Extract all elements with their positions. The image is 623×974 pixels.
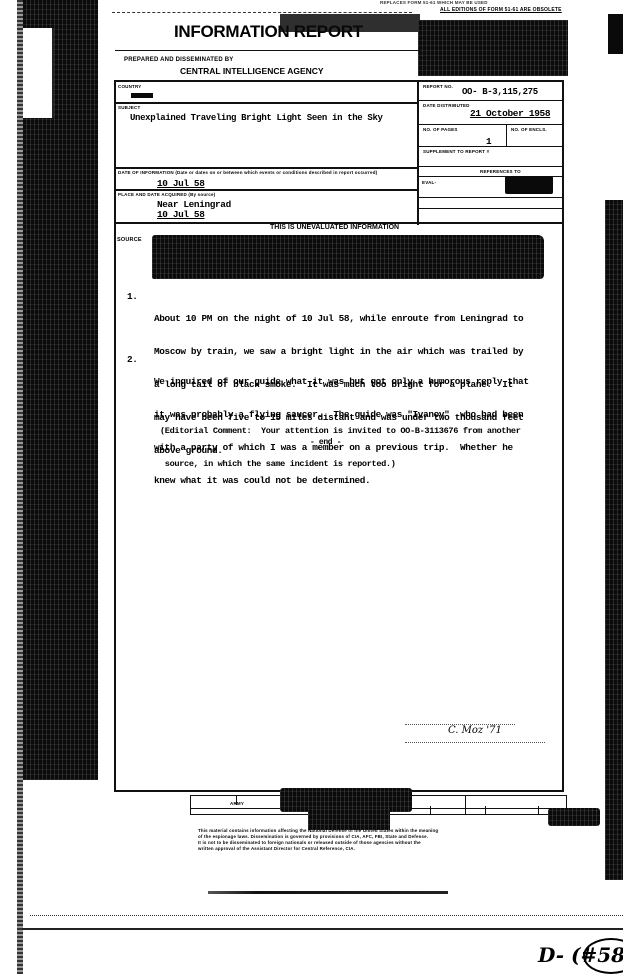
- date-distributed-label: DATE DISTRIBUTED: [423, 103, 470, 108]
- redaction-header-1: [280, 14, 420, 32]
- rule-1: [115, 50, 420, 51]
- agency-name: CENTRAL INTELLIGENCE AGENCY: [180, 66, 324, 76]
- dist-col-2: [430, 806, 431, 815]
- paragraph-2-line: We inquired of our guide what it was but…: [154, 376, 584, 387]
- redaction-header-right-edge: [608, 14, 623, 54]
- rule-country: [114, 102, 418, 104]
- place-date-label: PLACE AND DATE ACQUIRED (By source): [118, 192, 215, 197]
- paragraph-1-number: 1.: [127, 291, 138, 302]
- rule-subject: [114, 167, 418, 169]
- paragraph-1-line: About 10 PM on the night of 10 Jul 58, w…: [154, 313, 584, 324]
- dist-col-4: [485, 806, 486, 815]
- pages-encls-divider: [506, 124, 507, 146]
- signature: C. Moz '71: [448, 725, 502, 736]
- editorial-line: (Editorial Comment: Your attention is in…: [160, 426, 521, 437]
- scan-right-shadow: [605, 200, 623, 880]
- date-info-label: DATE OF INFORMATION (Date or dates on or…: [118, 170, 418, 175]
- editorial-line: source, in which the same incident is re…: [160, 459, 521, 470]
- lower-dotted-rule: [30, 915, 623, 916]
- no-of-pages-label: NO. OF PAGES: [423, 127, 458, 132]
- paragraph-2-number: 2.: [127, 354, 138, 365]
- dist-col-1: [236, 795, 237, 805]
- rule-eval-2: [417, 208, 563, 209]
- edition-note: ALL EDITIONS OF FORM 51-61 ARE OBSOLETE: [440, 7, 562, 13]
- place-date-value: 10 Jul 58: [157, 209, 204, 220]
- eval-redaction: [505, 176, 553, 194]
- dist-col-5: [538, 806, 539, 815]
- date-distributed-value: 21 October 1958: [470, 108, 550, 119]
- date-info-value: 10 Jul 58: [157, 178, 204, 189]
- rule-pages: [417, 146, 563, 147]
- end-mark: - end -: [310, 437, 341, 448]
- source-label: SOURCE: [117, 237, 142, 243]
- dist-col-3: [465, 795, 466, 815]
- redaction-header-right: [418, 20, 568, 76]
- form-top-rule: [114, 80, 564, 82]
- report-no-label: REPORT NO.: [423, 84, 453, 89]
- fine-print-line: written approval of the Assistant Direct…: [198, 846, 438, 852]
- references-label: REFERENCES TO: [480, 169, 521, 174]
- fine-print: This material contains information affec…: [198, 828, 438, 852]
- country-label: COUNTRY: [118, 84, 141, 89]
- subject-label: SUBJECT: [118, 105, 140, 110]
- scan-left-edge-line: [17, 0, 23, 974]
- lower-bar: [208, 891, 448, 894]
- rule-report: [417, 100, 563, 101]
- scan-bottom-line: [22, 928, 623, 930]
- top-dotted-rule: [112, 12, 412, 13]
- top-strip-text: REPLACES FORM 51-61 WHICH MAY BE USED: [380, 0, 488, 5]
- prepared-by-label: PREPARED AND DISSEMINATED BY: [124, 57, 234, 63]
- source-redaction: [152, 235, 544, 279]
- rule-eval-1: [417, 197, 563, 198]
- distribution-label: ARMY: [230, 801, 244, 806]
- distribution-redaction-2: [308, 808, 390, 830]
- report-no-value: OO- B-3,115,275: [462, 87, 538, 98]
- rule-date-dist: [417, 124, 563, 125]
- rule-date-info: [114, 189, 418, 191]
- signature-dotted-2: [405, 742, 545, 743]
- supplement-label: SUPPLEMENT TO REPORT #: [423, 149, 489, 154]
- subject-value: Unexplained Traveling Bright Light Seen …: [130, 113, 383, 124]
- country-redaction: [131, 93, 153, 98]
- form-left-border: [114, 80, 116, 792]
- no-of-encls-label: NO. OF ENCLS.: [511, 127, 547, 132]
- page-mark-circle: [583, 938, 623, 974]
- rule-supplement: [417, 166, 563, 167]
- right-footer-redaction: [548, 808, 600, 826]
- eval-label: EVAL-: [422, 180, 436, 185]
- unevaluated-banner: THIS IS UNEVALUATED INFORMATION: [270, 224, 399, 231]
